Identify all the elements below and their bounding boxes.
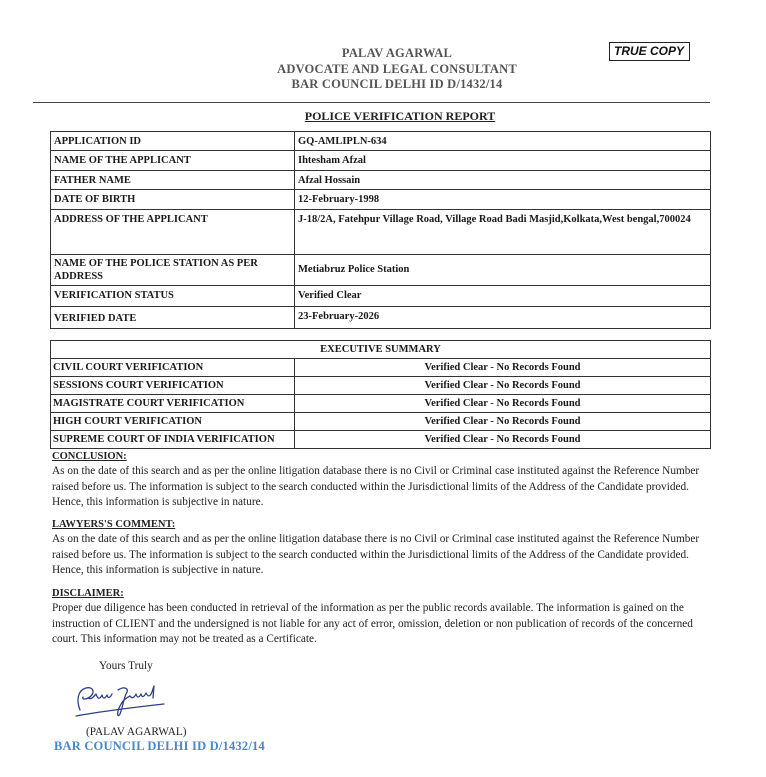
court-result: Verified Clear - No Records Found [295, 395, 711, 413]
court-label: MAGISTRATE COURT VERIFICATION [51, 395, 295, 413]
conclusion-section: CONCLUSION: As on the date of this searc… [52, 450, 712, 511]
table-row: ADDRESS OF THE APPLICANT J-18/2A, Fatehp… [51, 209, 711, 254]
header-divider [33, 102, 710, 103]
court-label: CIVIL COURT VERIFICATION [51, 359, 295, 377]
court-result: Verified Clear - No Records Found [295, 431, 711, 449]
table-row: VERIFIED DATE 23-February-2026 [51, 306, 711, 328]
field-label: VERIFIED DATE [51, 306, 295, 328]
table-row: DATE OF BIRTH 12-February-1998 [51, 190, 711, 209]
field-label: NAME OF THE POLICE STATION AS PER ADDRES… [51, 254, 295, 285]
signature-icon [68, 680, 168, 720]
date-of-birth-value: 12-February-1998 [295, 190, 711, 209]
closing-salutation: Yours Truly [99, 660, 153, 672]
court-label: HIGH COURT VERIFICATION [51, 413, 295, 431]
advocate-bar-id: BAR COUNCIL DELHI ID D/1432/14 [0, 77, 766, 93]
court-label: SUPREME COURT OF INDIA VERIFICATION [51, 431, 295, 449]
verified-date-value: 23-February-2026 [295, 306, 711, 328]
table-row: FATHER NAME Afzal Hossain [51, 170, 711, 189]
true-copy-stamp: TRUE COPY [609, 42, 690, 61]
verification-status-value: Verified Clear [295, 285, 711, 306]
table-row: MAGISTRATE COURT VERIFICATION Verified C… [51, 395, 711, 413]
address-value: J-18/2A, Fatehpur Village Road, Village … [295, 209, 711, 254]
table-row: HIGH COURT VERIFICATION Verified Clear -… [51, 413, 711, 431]
field-label: ADDRESS OF THE APPLICANT [51, 209, 295, 254]
table-row: APPLICATION ID GQ-AMLIPLN-634 [51, 132, 711, 151]
disclaimer-text: Proper due diligence has been conducted … [52, 601, 712, 648]
court-result: Verified Clear - No Records Found [295, 413, 711, 431]
court-label: SESSIONS COURT VERIFICATION [51, 377, 295, 395]
conclusion-heading: CONCLUSION: [52, 450, 712, 464]
executive-summary-table: EXECUTIVE SUMMARY CIVIL COURT VERIFICATI… [50, 340, 711, 449]
conclusion-text: As on the date of this search and as per… [52, 464, 712, 511]
table-row: NAME OF THE APPLICANT Ihtesham Afzal [51, 151, 711, 170]
father-name-value: Afzal Hossain [295, 170, 711, 189]
disclaimer-heading: DISCLAIMER: [52, 587, 712, 601]
executive-summary-title: EXECUTIVE SUMMARY [51, 341, 711, 359]
field-label: APPLICATION ID [51, 132, 295, 151]
signatory-name: (PALAV AGARWAL) [86, 726, 187, 738]
court-result: Verified Clear - No Records Found [295, 377, 711, 395]
application-id-value: GQ-AMLIPLN-634 [295, 132, 711, 151]
field-label: NAME OF THE APPLICANT [51, 151, 295, 170]
lawyers-comment-heading: LAWYERS'S COMMENT: [52, 518, 712, 532]
signatory-bar-id: BAR COUNCIL DELHI ID D/1432/14 [54, 739, 265, 754]
police-station-value: Metiabruz Police Station [295, 254, 711, 285]
table-row: SUPREME COURT OF INDIA VERIFICATION Veri… [51, 431, 711, 449]
table-row: NAME OF THE POLICE STATION AS PER ADDRES… [51, 254, 711, 285]
table-row: CIVIL COURT VERIFICATION Verified Clear … [51, 359, 711, 377]
disclaimer-section: DISCLAIMER: Proper due diligence has bee… [52, 587, 712, 648]
report-title: POLICE VERIFICATION REPORT [0, 109, 766, 124]
table-row: SESSIONS COURT VERIFICATION Verified Cle… [51, 377, 711, 395]
field-label: FATHER NAME [51, 170, 295, 189]
table-header-row: EXECUTIVE SUMMARY [51, 341, 711, 359]
field-label: DATE OF BIRTH [51, 190, 295, 209]
field-label: VERIFICATION STATUS [51, 285, 295, 306]
applicant-details-table: APPLICATION ID GQ-AMLIPLN-634 NAME OF TH… [50, 131, 711, 329]
table-row: VERIFICATION STATUS Verified Clear [51, 285, 711, 306]
lawyers-comment-section: LAWYERS'S COMMENT: As on the date of thi… [52, 518, 712, 579]
court-result: Verified Clear - No Records Found [295, 359, 711, 377]
lawyers-comment-text: As on the date of this search and as per… [52, 532, 712, 579]
applicant-name-value: Ihtesham Afzal [295, 151, 711, 170]
advocate-designation: ADVOCATE AND LEGAL CONSULTANT [0, 62, 766, 78]
